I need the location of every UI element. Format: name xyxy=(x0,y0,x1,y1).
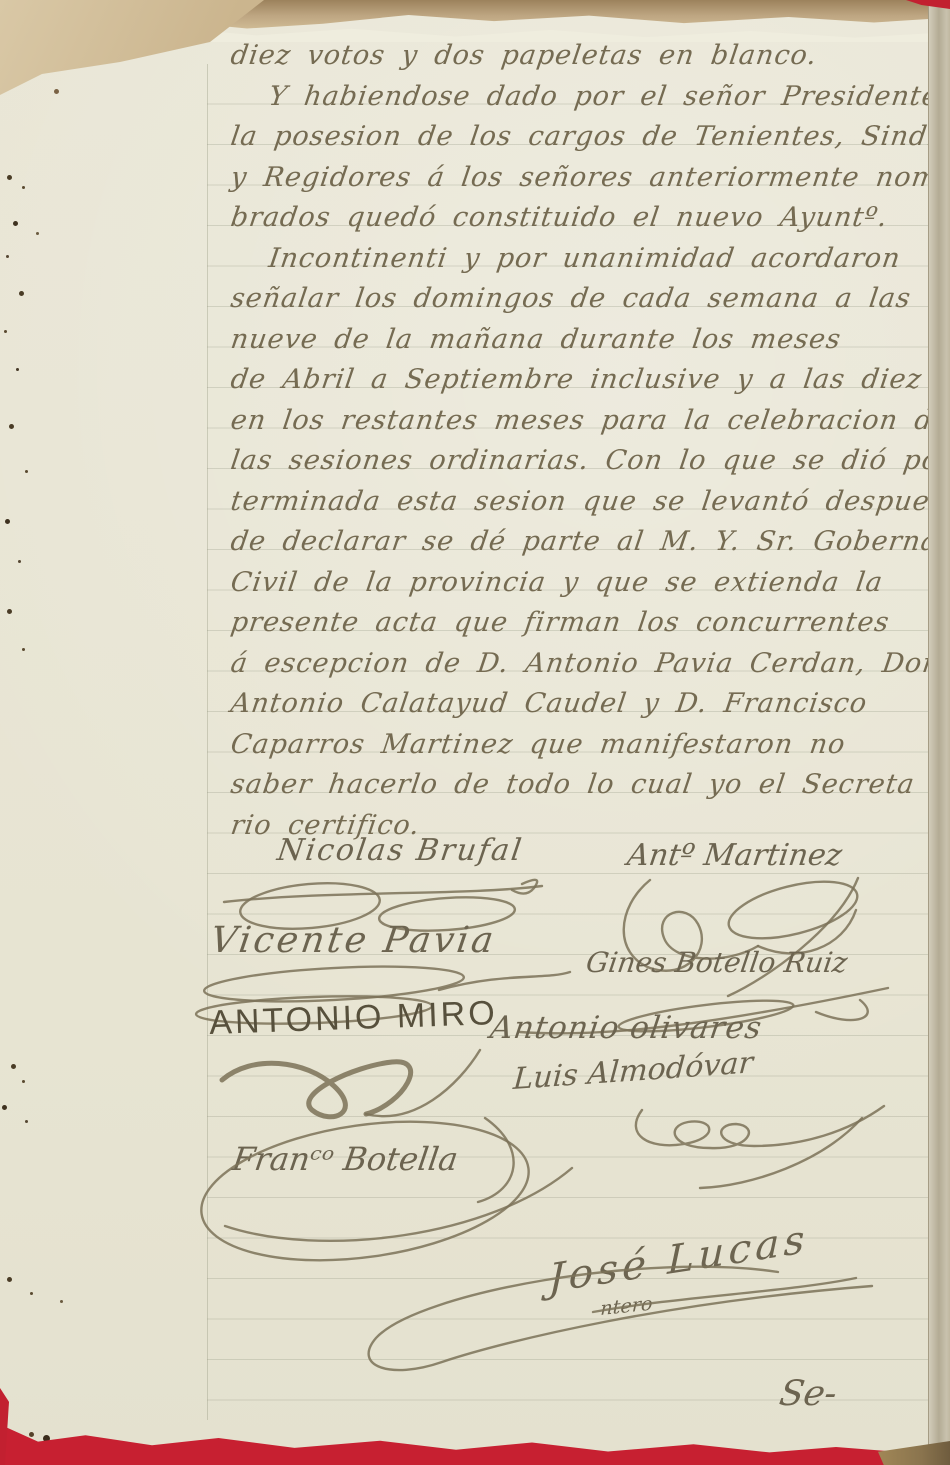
manuscript-line: Antonio Calatayud Caudel y D. Francisco xyxy=(228,684,934,725)
rubric-luis-almodovar xyxy=(622,1092,890,1192)
manuscript-line: la posesion de los cargos de Tenientes, … xyxy=(228,117,934,158)
manuscript-line: de Abril a Septiembre inclusive y a las … xyxy=(228,360,934,401)
manuscript-line: terminada esta sesion que se levantó des… xyxy=(228,482,934,523)
right-book-edge xyxy=(928,0,950,1465)
manuscript-body: diez votos y dos papeletas en blanco. Y … xyxy=(228,36,928,846)
red-binding-strip xyxy=(0,1420,950,1465)
manuscript-line: Incontinenti y por unanimidad acordaron xyxy=(228,239,934,280)
manuscript-line: de declarar se dé parte al M. Y. Sr. Gob… xyxy=(228,522,934,563)
manuscript-line: Civil de la provincia y que se extienda … xyxy=(228,563,934,604)
signature-gines-botello-ruiz: Gines Botello Ruiz xyxy=(584,946,850,979)
manuscript-line: y Regidores á los señores anteriormente … xyxy=(228,158,934,199)
manuscript-page-scan: diez votos y dos papeletas en blanco. Y … xyxy=(0,0,950,1465)
manuscript-line: diez votos y dos papeletas en blanco. xyxy=(228,36,934,77)
rubric-antonio-martinez xyxy=(608,868,873,1000)
manuscript-line: Y habiendose dado por el señor President… xyxy=(228,77,934,118)
manuscript-line: las sesiones ordinarias. Con lo que se d… xyxy=(228,441,934,482)
manuscript-line: brados quedó constituido el nuevo Ayuntº… xyxy=(228,198,934,239)
signature-vicente-pavia: Vicente Pavia xyxy=(208,920,499,961)
rubric-francisco-botella xyxy=(190,1106,590,1266)
manuscript-line: señalar los domingos de cada semana a la… xyxy=(228,279,934,320)
signature-nicolas-brufal: Nicolas Brufal xyxy=(275,833,525,868)
manuscript-line: á escepcion de D. Antonio Pavia Cerdan, … xyxy=(228,644,934,685)
manuscript-line: nueve de la mañana durante los meses xyxy=(228,320,934,361)
bottom-right-cover-corner xyxy=(878,1441,950,1465)
manuscript-line: presente acta que firman los concurrente… xyxy=(228,603,934,644)
signature-antonio-olivares: Antonio olivares xyxy=(488,1010,764,1046)
manuscript-line: Caparros Martinez que manifestaron no xyxy=(228,725,934,766)
manuscript-line: saber hacerlo de todo lo cual yo el Secr… xyxy=(228,765,934,806)
catchword: Se- xyxy=(776,1374,840,1414)
manuscript-line: en los restantes meses para la celebraci… xyxy=(228,401,934,442)
